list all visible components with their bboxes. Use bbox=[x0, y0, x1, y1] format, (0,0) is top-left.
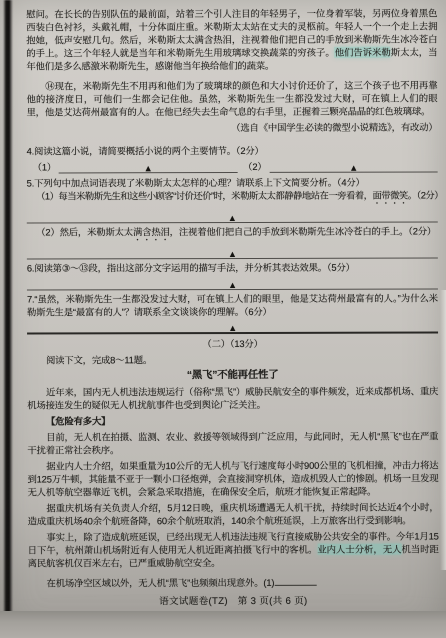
question-5-sub1: （1）每当米勒斯先生和这些小顾客“讨价还价”时，米勒斯太太都静静地站在一旁看着，… bbox=[27, 188, 438, 207]
answer-blank-1: （1） ▲ bbox=[27, 160, 238, 174]
article-paragraph-2: 据业内人士介绍，如果重量为10公斤的无人机与飞行速度每小时900公里的飞机相撞，… bbox=[27, 458, 438, 498]
answer-line: ▲ bbox=[27, 211, 438, 223]
book-binding-shadow bbox=[3, 0, 13, 621]
answer-line: ▲ bbox=[59, 162, 237, 173]
scanner-background bbox=[0, 611, 446, 638]
article-subhead: 【危险有多大】 bbox=[27, 413, 438, 427]
answer-triangle-icon: ▲ bbox=[228, 280, 237, 290]
question-5-sub1-answer-line: ▲ bbox=[27, 207, 438, 223]
fill-in-blank-line bbox=[274, 576, 316, 586]
answer-line: ▲ bbox=[270, 161, 438, 172]
teal-highlight-mark: 业内人士分析，无人 bbox=[317, 544, 401, 555]
story-final-paragraph: ⑭现在，米勒斯先生不用再和他们为了玻璃球的颜色和大小讨价还价了，这三个孩子也不用… bbox=[26, 78, 437, 118]
sub1-score: 。（2分） bbox=[408, 189, 438, 200]
answer-triangle-icon: ▲ bbox=[228, 249, 237, 259]
question-6-answer-line: ▲ bbox=[27, 274, 438, 290]
blank-1-label: （1） bbox=[27, 160, 59, 173]
teal-highlight-mark: 他们告诉米勒 bbox=[335, 47, 391, 58]
answer-blank-2: （2） ▲ bbox=[237, 159, 438, 173]
answer-triangle-icon: ▲ bbox=[228, 213, 237, 223]
question-5: 5.下列句中加点词语表现了米勒斯太太怎样的心理？请联系上下文简要分析。（4分） bbox=[27, 175, 438, 189]
answer-line: ▲ bbox=[27, 278, 438, 290]
page-content: 慰问。在长长的告别队伍的最前面，站着三个引人注目的年轻男子，一位身着军装，另两位… bbox=[26, 6, 439, 608]
scanned-exam-page: 慰问。在长长的告别队伍的最前面，站着三个引人注目的年轻男子，一位身着军装，另两位… bbox=[0, 0, 446, 638]
question-7: 7.“虽然，米勒斯先生一生都没发过大财，可在镇上人们的眼里，他是艾达荷州最富有的… bbox=[27, 291, 438, 318]
answer-line: ▲ bbox=[27, 247, 438, 259]
question-6: 6.阅读第③～⑬段，指出这部分文字运用的描写手法，并分析其表达效果。（5分） bbox=[27, 260, 438, 274]
sub1-text: （1）每当米勒斯先生和这些小顾客“讨价还价”时，米勒斯太太都静静地站在一旁看着， bbox=[36, 190, 372, 202]
answer-line-heavy: ▲ bbox=[27, 321, 438, 334]
answer-triangle-icon: ▲ bbox=[228, 323, 237, 333]
blank-2-label: （2） bbox=[237, 160, 269, 173]
question-4-answer-blanks: （1） ▲ （2） ▲ bbox=[27, 157, 438, 173]
article-paragraph-1: 目前，无人机在拍摄、监测、农业、救援等领域得到广泛应用，与此同时，无人机“黑飞”… bbox=[27, 429, 438, 456]
question-5-sub2: （2）然后，米勒斯太太满含热泪，注视着他们把自己的手放到米勒斯先生冰冷苍白的手上… bbox=[27, 224, 438, 243]
dotted-emphasis-word: 面带微笑 bbox=[372, 190, 407, 201]
story-continuation: 慰问。在长长的告别队伍的最前面，站着三个引人注目的年轻男子，一位身着军装，另两位… bbox=[26, 6, 437, 72]
question-5-sub2-answer-line: ▲ bbox=[27, 243, 438, 259]
page-edge-glare bbox=[440, 290, 446, 570]
reading-instruction: 阅读下文，完成8～11题。 bbox=[27, 352, 438, 366]
question-4: 4.阅读这篇小说，请简要概括小说的两个主要情节。（2分） bbox=[27, 143, 438, 157]
article-paragraph-5: 在机场净空区域以外，无人机“黑飞”也频频出现意外。(1) bbox=[28, 575, 439, 589]
paragraph-5-text: 在机场净空区域以外，无人机“黑飞”也频频出现意外。(1) bbox=[47, 577, 275, 589]
article-paragraph-3: 据重庆机场有关负责人介绍，5月12日晚，重庆机场遭遇无人机干扰，持续时间长达近4… bbox=[28, 500, 439, 527]
source-attribution: （选自《中国学生必读的微型小说精选》，有改动） bbox=[27, 120, 438, 134]
article-paragraph-4: 事实上，除了造成航班延误，已经出现无人机违法违规飞行直接威胁公共安全的事件。今年… bbox=[28, 529, 439, 569]
sub2-text: （2）然后，米勒斯太太 bbox=[36, 226, 133, 237]
dotted-emphasis-word: 满含热泪 bbox=[133, 226, 170, 237]
article-intro: 近年来，国内无人机违法违规运行（俗称“黑飞”）威胁民航安全的事件频发，近来成都机… bbox=[27, 384, 438, 411]
answer-triangle-icon: ▲ bbox=[144, 163, 153, 173]
question-7-answer-line: ▲ bbox=[27, 318, 438, 334]
sub2-end: ，注视着他们把自己的手放到米勒斯先生冰冷苍白的手上。（2分） bbox=[170, 225, 436, 237]
answer-triangle-icon: ▲ bbox=[349, 163, 358, 173]
section-two-heading: （二）（13分） bbox=[27, 336, 438, 350]
article-title: “黑飞”不能再任性了 bbox=[27, 368, 438, 382]
